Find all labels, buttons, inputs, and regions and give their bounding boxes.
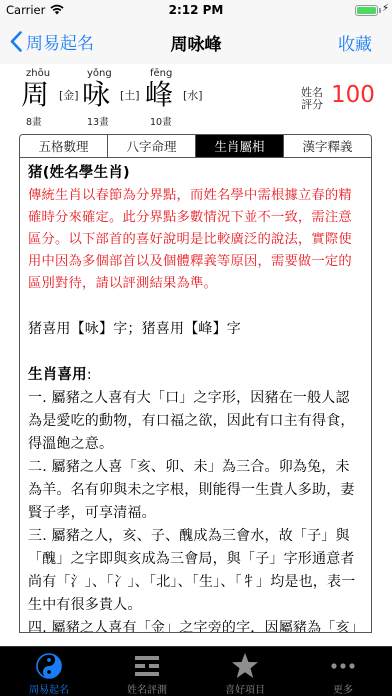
battery-icon (355, 5, 378, 16)
tab-label: 姓名評測 (127, 681, 167, 696)
charging-icon: ⚡ (382, 3, 389, 14)
tab-label: 喜好項目 (225, 681, 265, 696)
tab-label: 周易起名 (29, 681, 69, 696)
tabbar-item-favorites[interactable]: 喜好項目 (196, 647, 294, 696)
section-heading: 生肖喜用 (28, 367, 87, 383)
tab-bazi[interactable]: 八字命理 (108, 135, 196, 158)
more-icon (331, 652, 355, 679)
tabbar-item-more[interactable]: 更多 (294, 647, 392, 696)
star-icon (231, 652, 259, 679)
five-element: [水] (183, 87, 203, 103)
zodiac-title: 猪(姓名學生肖) (28, 162, 363, 185)
tab-label: 更多 (333, 681, 353, 696)
tab-bar: 周易起名 姓名評測 喜好項目 更多 (0, 646, 392, 696)
stroke-count: 13畫 (87, 114, 109, 128)
hanzi: 周 (21, 79, 49, 111)
tabbar-item-naming[interactable]: 周易起名 (0, 647, 98, 696)
paragraph-2: 二. 屬豬之人喜「亥、卯、未」為三合。卯為兔，未為羊。名有卯與未之字根，則能得一… (28, 456, 363, 525)
yin-yang-icon (36, 652, 62, 679)
stroke-count: 10畫 (150, 114, 172, 128)
segmented-control: 五格數理 八字命理 生肖屬相 漢字釋義 (19, 134, 372, 158)
battery-tip (379, 8, 381, 13)
paragraph-1: 一. 屬豬之人喜有大「口」之字形，因豬在一般人認為是愛吃的動物，有口福之欲，因此… (28, 387, 363, 456)
name-score: 100 (331, 82, 375, 108)
tab-zodiac[interactable]: 生肖屬相 (196, 135, 284, 158)
section-colon: : (87, 367, 92, 383)
stroke-count: 8畫 (26, 114, 42, 128)
favorite-button[interactable]: 收藏 (338, 30, 372, 55)
trigram-icon (134, 652, 160, 679)
paragraph-3: 三. 屬豬之人，亥、子、醜成為三會水，故「子」與「醜」之字即與亥成為三會局，與「… (28, 525, 363, 617)
spacer (28, 341, 363, 364)
zodiac-note: 傳統生肖以春節為分界點，而姓名學中需根據立春的精確時分來確定。此分界點多數情況下… (28, 185, 363, 295)
score-label: 姓名 評分 (301, 87, 327, 111)
hanzi: 峰 (145, 79, 173, 111)
five-element: [金] (59, 87, 79, 103)
zodiac-content[interactable]: 猪(姓名學生肖) 傳統生肖以春節為分界點，而姓名學中需根據立春的精確時分來確定。… (19, 157, 372, 633)
tab-wuge[interactable]: 五格數理 (20, 135, 108, 158)
favored-chars: 猪喜用【咏】字；猪喜用【峰】字 (28, 318, 363, 341)
score-label-line2: 評分 (301, 99, 327, 111)
spacer (28, 295, 363, 318)
tabbar-item-evaluate[interactable]: 姓名評測 (98, 647, 196, 696)
paragraph-4: 四. 屬豬之人喜有「金」之字旁的字，因屬豬為「亥」水；而金能生水，故金對生肖豬之… (28, 617, 363, 633)
five-element: [土] (120, 87, 140, 103)
name-header: zhōu 周 [金] 8畫 yǒng 咏 [土] 13畫 fēng 峰 [水] … (0, 64, 392, 130)
hanzi: 咏 (82, 79, 110, 111)
navigation-bar: 周易起名 周咏峰 收藏 (0, 20, 392, 64)
clock: 2:12 PM (0, 3, 392, 17)
tab-hanzi-meaning[interactable]: 漢字釋義 (284, 135, 371, 158)
status-bar: Carrier 2:12 PM ⚡ (0, 0, 392, 20)
page-title: 周咏峰 (0, 30, 392, 55)
